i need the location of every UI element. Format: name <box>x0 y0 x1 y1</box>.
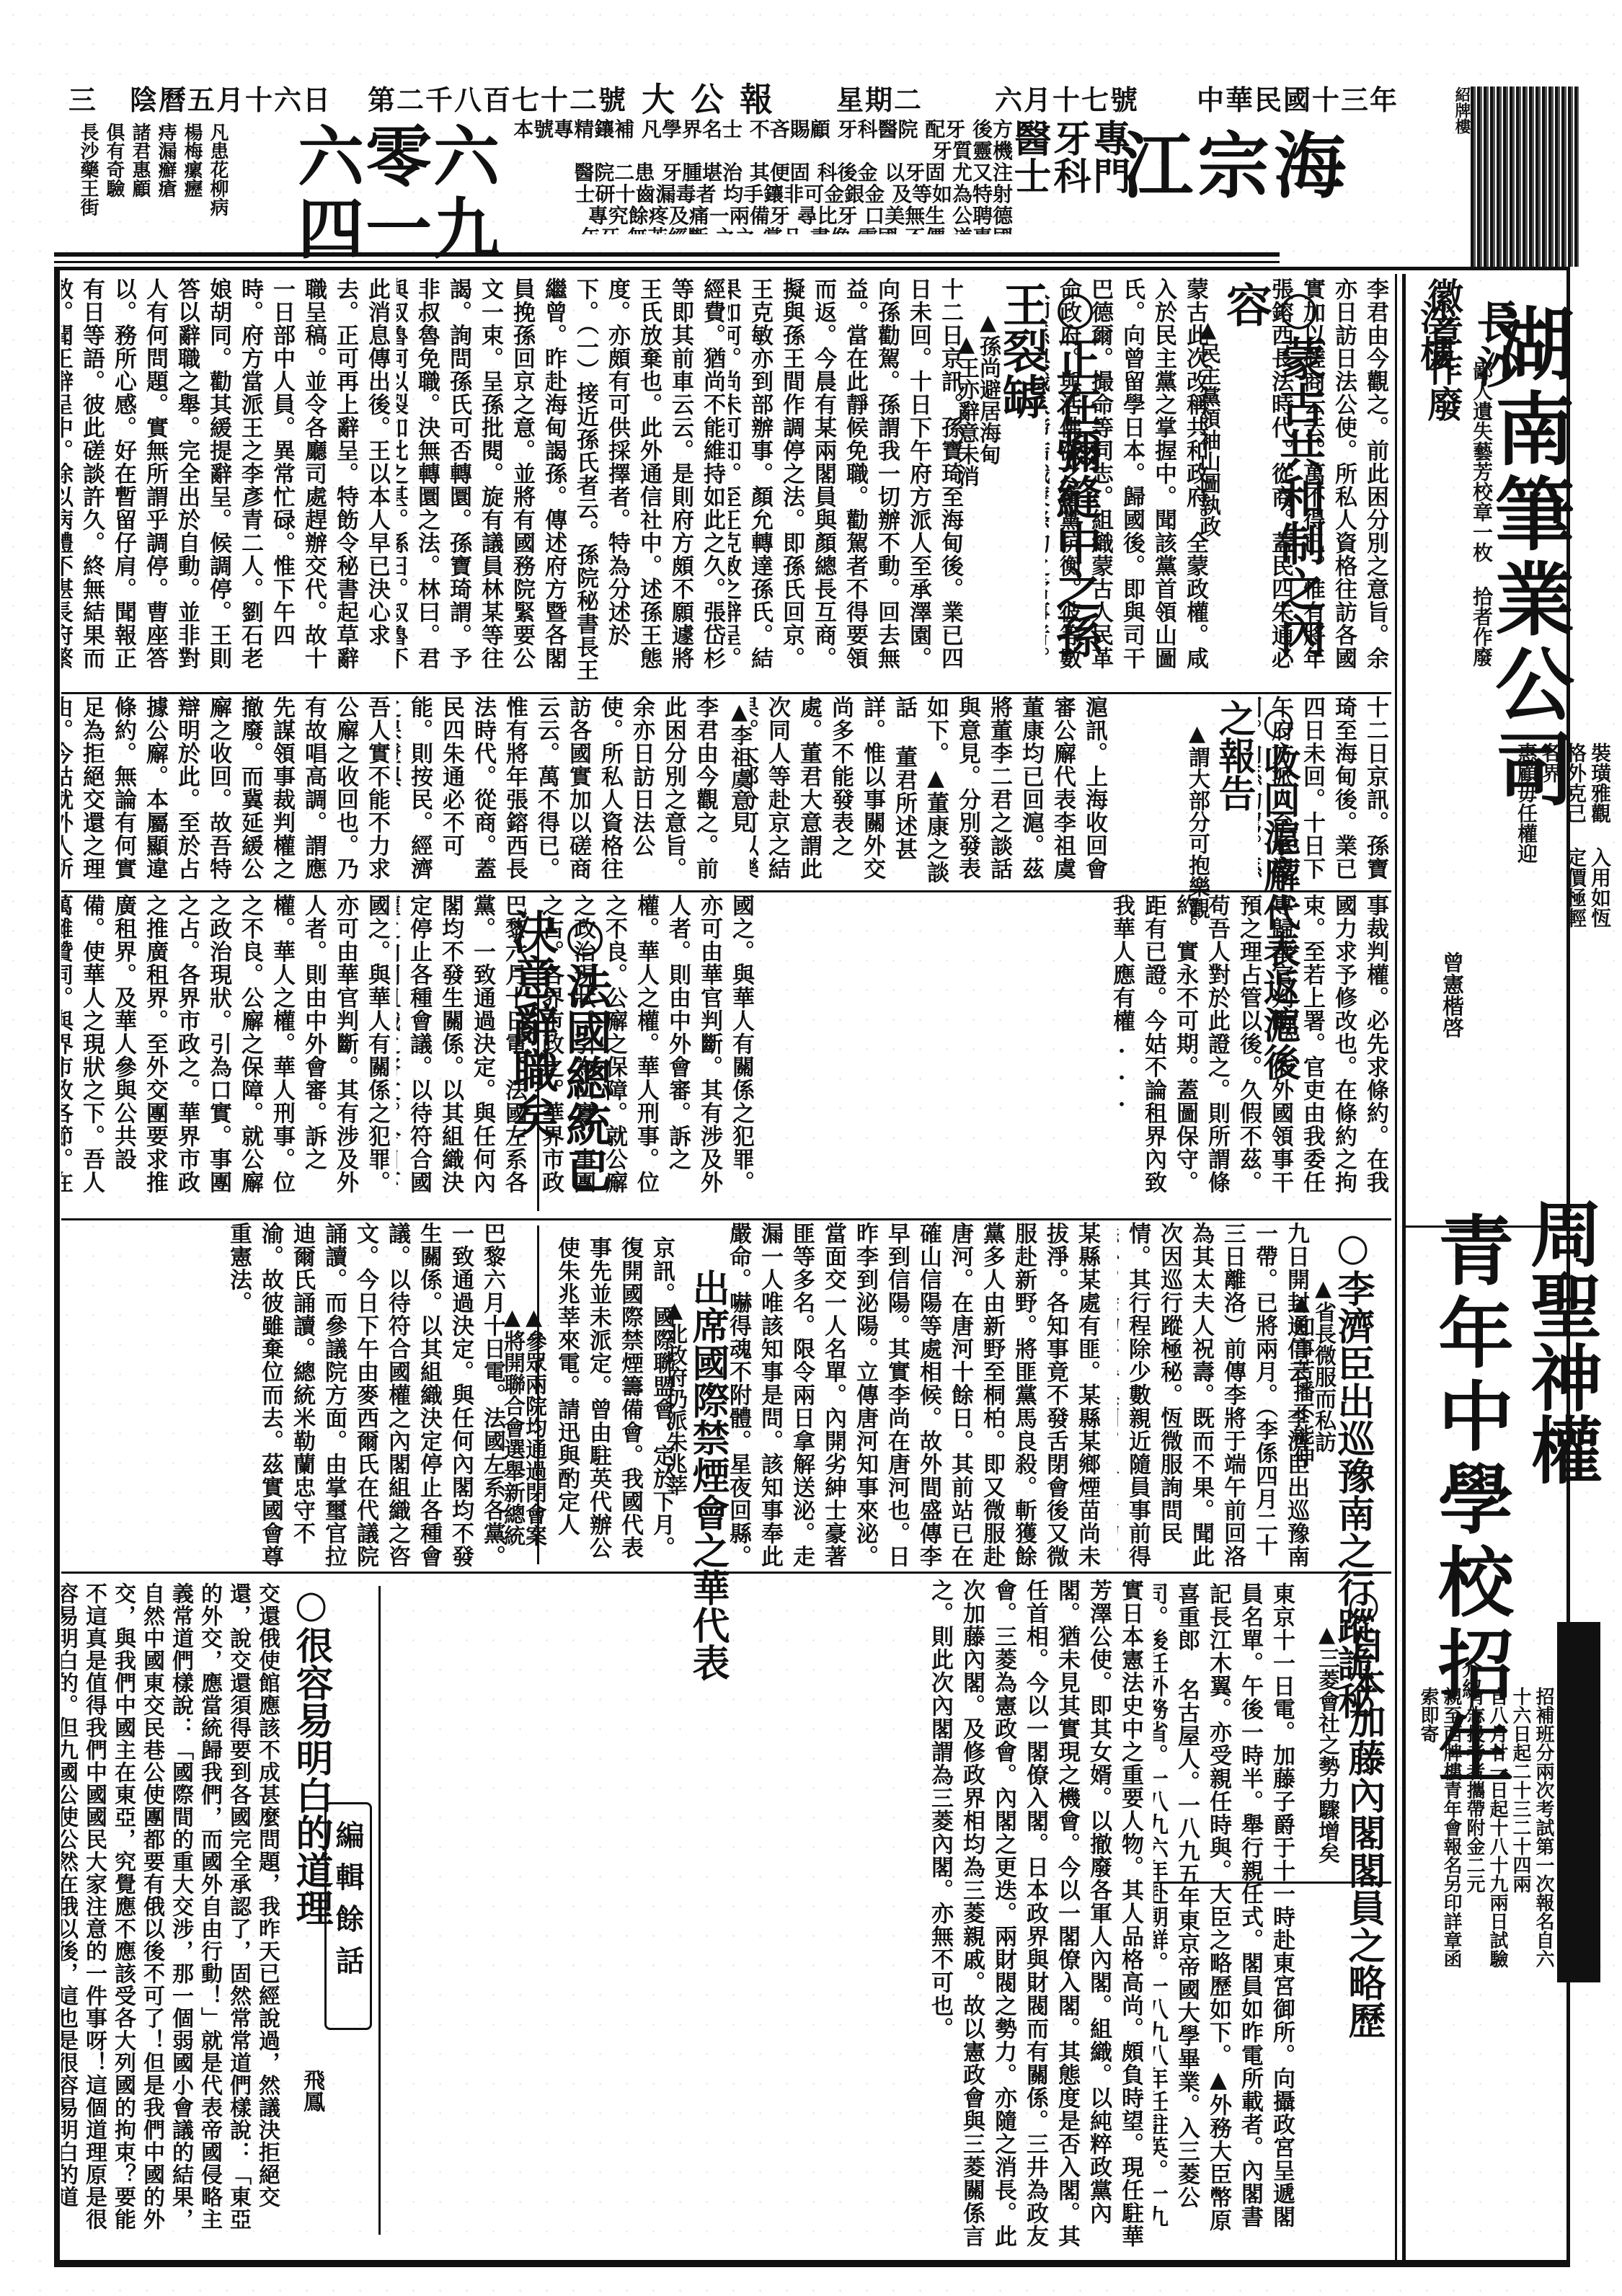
article-narcotics-body: 京訊。國際聯盟會。定於下月。復開國際禁煙籌備會。我國代表事先並未派定。曾由駐英代… <box>548 1236 678 1568</box>
article-settlement-tail: 國之。與華人有關係之犯罪。亦可由華官判斷。其有涉及外人者。則由中外會審。訴之權。… <box>541 894 757 1215</box>
article-japan-cont: 實日本憲法史中之重要人物。其人品格高尚。頗負時望。現任駐華芳澤公使。即其女婿。以… <box>389 1579 1146 2249</box>
narcotics-divider <box>537 1225 539 1564</box>
article-mongolia-body: 蒙古此次改稱共和政府。全蒙政權。咸入於民主黨之掌握中。聞該黨首領山圖氏。向曾留學… <box>1045 278 1211 688</box>
dentist-sub-2: 牙科 <box>1049 119 1088 194</box>
clinic-line: 痔漏癬瘡 <box>155 123 177 198</box>
clinic-line: 諸君惠顧 <box>129 123 151 198</box>
lunar-date: 陰曆五月十六日 <box>130 78 332 118</box>
article-settlement-main: 事裁判權。必先求條約。在我國力求予修改也。在條約之拘束。至若上署。官吏由我委任專… <box>757 894 1391 1215</box>
company-title: 湖南筆業公司 <box>1485 303 1572 813</box>
headline-japan-cabinet: ○日本加藤內閣閣員之略歷 <box>1341 1582 1386 2039</box>
subhead-li-zuyu: ▲李祖虞意見 <box>724 699 753 833</box>
weekday: 星期二 <box>836 78 923 118</box>
top-rule-thin <box>54 261 1280 263</box>
date: 六月十七號 <box>995 78 1139 118</box>
school-introducers-label: 介紹人 <box>1456 1658 1485 1719</box>
corner-ad-block <box>1471 87 1579 267</box>
dentist-sub-3: 醫士 <box>1009 119 1048 194</box>
row-divider-3 <box>61 1218 1391 1220</box>
article-prev-cont: 李君由今觀之。前此困分別之意旨。余亦日訪日法公使。所私人資格往訪各國實加以磋商云… <box>1269 278 1391 688</box>
article-wang-resignation: 此消息傳出後。王以本人早已決心求去。正可再上辭呈。特飭令秘書起草辭職呈稿。並令各… <box>61 278 393 688</box>
article-li-zuyu: 李君由今觀之。前此困分別之意旨。余亦日訪日法公使。所私人資格往訪各國實加以磋商云… <box>396 696 721 887</box>
shrine-ad-title: 周聖神權 <box>1521 1197 1600 1485</box>
editorial-author: 飛鳳 <box>296 2069 327 2112</box>
paper-name: 大公報 <box>642 74 789 121</box>
masthead: 三 陰曆五月十六日 第二千八百七十二號 大公報 星期二 六月十七號 中華民國十三… <box>29 78 1579 114</box>
subhead-france-2: ▲將開聯合會選舉新總統 <box>497 1305 526 1546</box>
article-li-jichen-body: 九日開封通信云。李濟臣出巡豫南一帶。已將兩月。（李係四月二十三日離洛）前傳李將于… <box>1117 1222 1312 1568</box>
subhead-narcotics: ▲北政府仍派朱兆莘 <box>660 1298 688 1496</box>
article-sun-wang-body: 十二日京訊。孫寶琦至海甸後。業已四日未回。十日下午府方派人至承澤園。向孫勸駕。孫… <box>728 278 966 688</box>
japan-divider <box>1153 1881 1391 1884</box>
row-divider-1 <box>61 692 1391 694</box>
article-intl-conventions: 國之。與華人有關係之犯罪。亦可由華官判斷。其有涉及外人者。則由中外會審。訴之權。… <box>61 894 393 1215</box>
subhead-mongolia: ▲民主黨領袖山圖執政 <box>1193 317 1222 537</box>
subhead-li-jichen-2: ▲知事苦播不能伸 <box>1287 1290 1316 1467</box>
article-return-settlement-body: 滬訊。上海收回會審公廨代表李祖虞董康均已回滬。茲將董李二君之談話與意見。分別發表… <box>750 696 1110 887</box>
france-divider <box>537 916 539 1211</box>
badge-notice-body: 鄙人遺失藝芳校章一枚 拾者作廢 <box>1467 360 1496 721</box>
editorial-divider <box>378 1586 381 2235</box>
badge-notice-signature: 曾憲楷啓 <box>1435 952 1466 1038</box>
article-france-body: 巴黎六月十日電。法國左系各黨。一致通過決定。與任何內閣均不發生關係。以其組織決定… <box>61 1222 508 1568</box>
page-number: 三 <box>68 78 97 118</box>
clinic-line: 長沙藥王街 <box>77 123 99 216</box>
article-sun-tail: 十二日京訊。孫寶琦至海甸後。業已四日未回。十日下午府方派人至承澤園。向孫勸駕。孫… <box>1258 696 1391 887</box>
dentist-sub-1: 專門 <box>1089 119 1127 194</box>
year: 中華民國十三年 <box>1197 78 1399 118</box>
dental-ad-body: 本號專精鑲補 凡學界名士 不吝賜顧 牙科醫院 配牙 後方 牙質靈機 醫院二患 牙… <box>508 119 1013 234</box>
editorial-column-label: 編輯餘話 <box>332 1820 363 1987</box>
corner-ad-text: 紹牌樓 <box>1420 87 1471 267</box>
clinic-ad: 凡患花柳病 楊梅瘰癧 痔漏癬瘡 諸君惠顧 俱有奇驗 長沙藥王街 <box>43 123 231 238</box>
article-treaty-rights: 吾人實不能不力求公廨之收回也。乃有故唱高調。謂應先謀領事裁判權之撤廢。而冀延緩公… <box>61 696 393 887</box>
article-editorial-body: 交還俄使館應該不成甚麼問題，我昨天已經說過，然議決拒絕交還，說交還須得要到各國完… <box>61 1582 281 2238</box>
phone-number-big: 六零六 四一九 <box>285 121 501 265</box>
article-li-jichen-cont: 某縣某處有匪。某縣某鄉煙苗尚未拔淨。各知事竟不發舌閉會後又微服赴新野。將匪黨馬良… <box>728 1222 1103 1568</box>
dentist-name: 江宗海 <box>1121 126 1350 205</box>
ad-column-divider-thin <box>1395 274 1397 2264</box>
subhead-sun-wang-2: ▲王亦辭意未消 <box>952 332 980 487</box>
subhead-japan-cabinet: ▲三菱會社之勢力驟增矣 <box>1312 1622 1341 1863</box>
clinic-line: 俱有奇驗 <box>103 123 125 198</box>
clinic-line: 凡患花柳病 <box>207 123 229 216</box>
top-rule <box>54 252 1280 257</box>
issue-number: 第二千八百七十二號 <box>368 78 627 118</box>
article-japan-body: 東京十一日電。加藤子爵于十一時赴東宮御所。向攝政宮呈遞閣員名單。午後一時半。舉行… <box>1153 1582 1298 2246</box>
ad-column-divider <box>1402 274 1406 2264</box>
school-ad-dark-strip <box>1557 1622 1600 1982</box>
article-sun-wang-cont: 經費。猶尚不能維持如此之久。張岱杉等即其前車云云。是則府方頗不願遽將王氏放棄也。… <box>396 278 728 688</box>
badge-notice-title: 徽章作廢 <box>1417 278 1468 422</box>
bottom-rule <box>54 2260 1568 2264</box>
clinic-line: 楊梅瘰癧 <box>181 123 203 198</box>
company-lower-text: 裝璜雅觀 入用如恆 格外克己 定價極輕 各界 惠顧毋任權迎 <box>1514 743 1612 959</box>
subhead-return-settlement: ▲謂大部分可抱樂觀 <box>1182 721 1211 919</box>
